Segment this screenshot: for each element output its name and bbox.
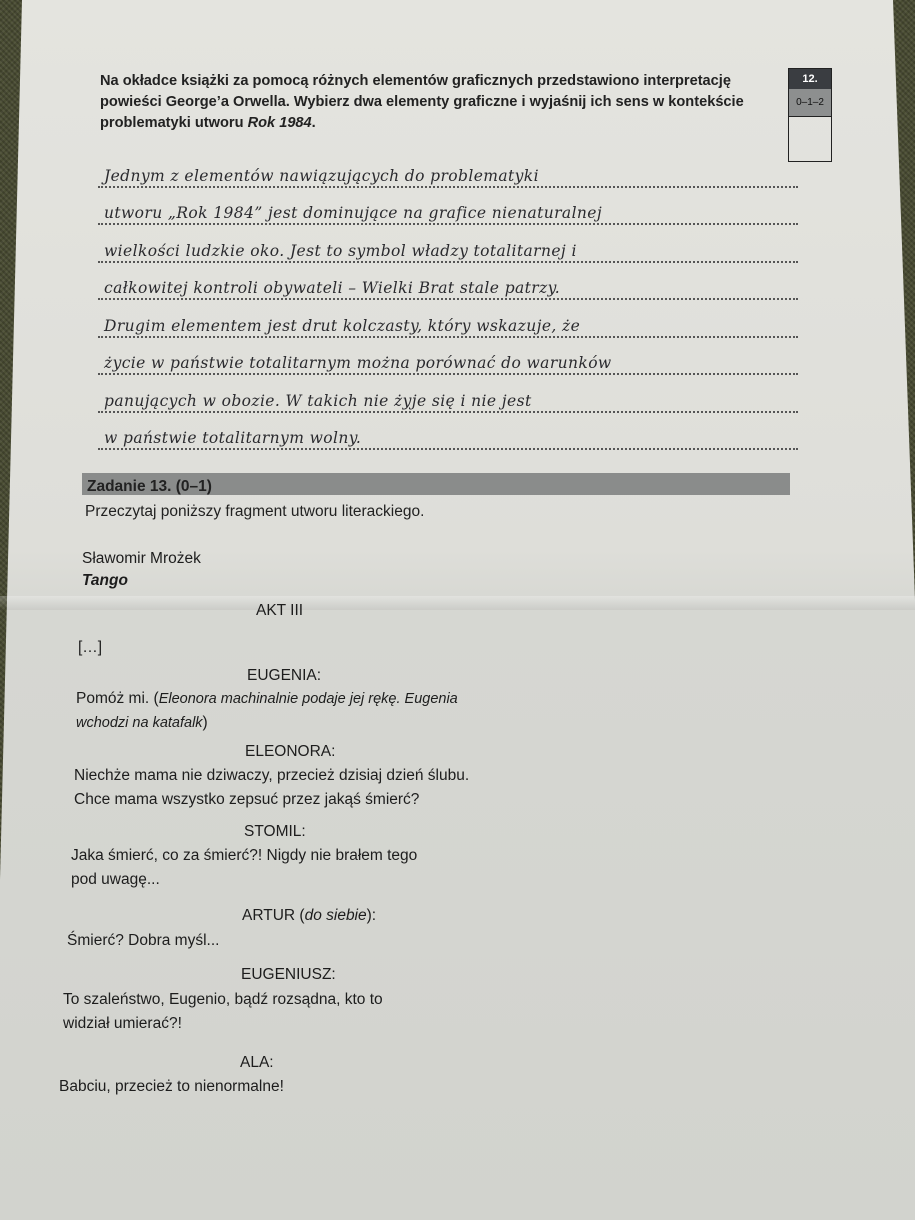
- speaker-ala: ALA:: [240, 1054, 274, 1072]
- handwritten-text: panujących w obozie. W takich nie żyje s…: [104, 392, 532, 410]
- dialogue-artur: Śmierć? Dobra myśl...: [67, 929, 219, 953]
- task-13-instruction: Przeczytaj poniższy fragment utworu lite…: [85, 503, 424, 521]
- speaker-suffix: ):: [367, 907, 376, 924]
- dialogue-text: Pomóż mi. (: [76, 690, 159, 707]
- dialogue-text: ): [203, 714, 208, 731]
- handwritten-text: wielkości ludzkie oko. Jest to symbol wł…: [104, 242, 577, 260]
- dialogue-text: Niechże mama nie dziwaczy, przecież dzis…: [74, 767, 469, 784]
- handwritten-text: Jednym z elementów nawiązujących do prob…: [104, 167, 539, 185]
- handwritten-text: Drugim elementem jest drut kolczasty, kt…: [104, 317, 580, 335]
- question-number: 12.: [789, 69, 831, 89]
- dialogue-eugeniusz: To szaleństwo, Eugenio, bądź rozsądna, k…: [63, 988, 383, 1036]
- speaker-eugeniusz: EUGENIUSZ:: [241, 966, 336, 984]
- score-box: 12. 0–1–2: [788, 68, 832, 162]
- dialogue-text: Jaka śmierć, co za śmierć?! Nigdy nie br…: [71, 847, 417, 864]
- dialogue-stomil: Jaka śmierć, co za śmierć?! Nigdy nie br…: [71, 844, 417, 892]
- question-text: Na okładce książki za pomocą różnych ele…: [100, 73, 744, 131]
- excerpt-author: Sławomir Mrożek: [82, 550, 201, 568]
- dialogue-text: To szaleństwo, Eugenio, bądź rozsądna, k…: [63, 991, 383, 1008]
- speaker-eleonora: ELEONORA:: [245, 743, 335, 761]
- speaker-name: ARTUR (: [242, 907, 305, 924]
- answer-line[interactable]: wielkości ludzkie oko. Jest to symbol wł…: [98, 225, 798, 263]
- answer-line[interactable]: w państwie totalitarnym wolny.: [98, 413, 798, 451]
- task-13-header: Zadanie 13. (0–1): [82, 473, 790, 495]
- handwritten-answer-area: Jednym z elementów nawiązujących do prob…: [98, 150, 798, 450]
- dialogue-ala: Babciu, przecież to nienormalne!: [59, 1075, 284, 1099]
- answer-line[interactable]: Jednym z elementów nawiązujących do prob…: [98, 150, 798, 188]
- excerpt-title: Tango: [82, 572, 128, 590]
- speaker-eugenia: EUGENIA:: [247, 667, 321, 685]
- dialogue-text: Babciu, przecież to nienormalne!: [59, 1078, 284, 1095]
- speaker-artur: ARTUR (do siebie):: [242, 907, 376, 925]
- stage-direction: Eleonora machinalnie podaje jej rękę. Eu…: [159, 691, 458, 707]
- handwritten-text: utworu „Rok 1984” jest dominujące na gra…: [104, 204, 602, 222]
- excerpt-act: AKT III: [256, 602, 303, 620]
- speaker-stomil: STOMIL:: [244, 823, 306, 841]
- question-work-title: Rok 1984: [248, 115, 312, 131]
- handwritten-text: w państwie totalitarnym wolny.: [104, 429, 361, 447]
- dialogue-eugenia: Pomóż mi. (Eleonora machinalnie podaje j…: [76, 687, 458, 735]
- answer-line[interactable]: życie w państwie totalitarnym można poró…: [98, 338, 798, 376]
- stage-direction: do siebie: [305, 907, 367, 924]
- excerpt-omission: […]: [78, 639, 102, 657]
- dialogue-text: Chce mama wszystko zepsuć przez jakąś śm…: [74, 791, 419, 808]
- answer-line[interactable]: Drugim elementem jest drut kolczasty, kt…: [98, 300, 798, 338]
- paper-fold-crease: [0, 596, 915, 610]
- handwritten-text: życie w państwie totalitarnym można poró…: [104, 354, 612, 372]
- question-text-end: .: [312, 115, 316, 131]
- dialogue-text: pod uwagę...: [71, 871, 160, 888]
- answer-line[interactable]: panujących w obozie. W takich nie żyje s…: [98, 375, 798, 413]
- handwritten-text: całkowitej kontroli obywateli – Wielki B…: [104, 279, 560, 297]
- answer-line[interactable]: całkowitej kontroli obywateli – Wielki B…: [98, 263, 798, 301]
- stage-direction: wchodzi na katafalk: [76, 715, 203, 731]
- dialogue-text: widział umierać?!: [63, 1015, 182, 1032]
- dialogue-text: Śmierć? Dobra myśl...: [67, 932, 219, 949]
- score-range: 0–1–2: [789, 89, 831, 117]
- answer-line[interactable]: utworu „Rok 1984” jest dominujące na gra…: [98, 188, 798, 226]
- question-12-prompt: Na okładce książki za pomocą różnych ele…: [100, 71, 750, 134]
- dialogue-eleonora: Niechże mama nie dziwaczy, przecież dzis…: [74, 764, 469, 812]
